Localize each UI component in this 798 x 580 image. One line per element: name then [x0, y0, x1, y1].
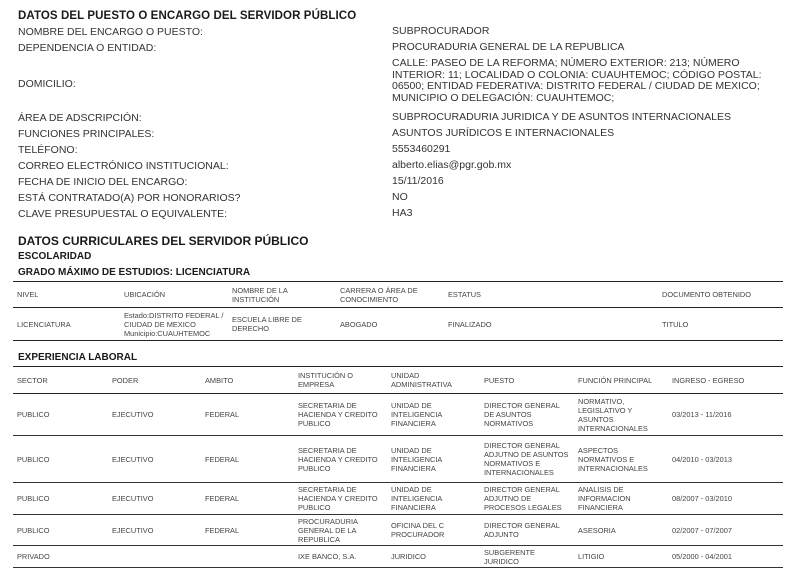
table-cell: FEDERAL	[201, 436, 294, 483]
column-header: ESTATUS	[444, 282, 658, 308]
table-cell: DIRECTOR GENERAL DE ASUNTOS NORMATIVOS	[480, 394, 574, 436]
table-cell: Estado:DISTRITO FEDERAL / CIUDAD DE MEXI…	[120, 308, 228, 341]
table-cell: PUBLICO	[13, 483, 108, 515]
field-label: ÁREA DE ADSCRIPCIÓN:	[18, 112, 142, 124]
table-cell: 05/2000 - 04/2001	[668, 546, 783, 568]
table-cell: ESCUELA LIBRE DE DERECHO	[228, 308, 336, 341]
table-cell: 03/2013 - 11/2016	[668, 394, 783, 436]
table-cell: EJECUTIVO	[108, 394, 201, 436]
field-label: DEPENDENCIA O ENTIDAD:	[18, 42, 156, 54]
experiencia-table: SECTOR PODER AMBITO INSTITUCIÓN O EMPRES…	[13, 366, 783, 568]
column-header: PUESTO	[480, 367, 574, 394]
table-cell: UNIDAD DE INTELIGENCIA FINANCIERA	[387, 436, 480, 483]
table-cell: OFICINA DEL C PROCURADOR	[387, 515, 480, 546]
field-value: PROCURADURIA GENERAL DE LA REPUBLICA	[392, 42, 782, 54]
table-cell: FEDERAL	[201, 394, 294, 436]
table-cell: LICENCIATURA	[13, 308, 120, 341]
column-header: PODER	[108, 367, 201, 394]
field-label: FUNCIONES PRINCIPALES:	[18, 128, 154, 140]
table-cell: ASESORIA	[574, 515, 668, 546]
table-cell: NORMATIVO, LEGISLATIVO Y ASUNTOS INTERNA…	[574, 394, 668, 436]
escolaridad-table: NIVEL UBICACIÓN NOMBRE DE LA INSTITUCIÓN…	[13, 281, 783, 341]
table-cell: DIRECTOR GENERAL ADJUTNO DE PROCESOS LEG…	[480, 483, 574, 515]
table-cell: UNIDAD DE INTELIGENCIA FINANCIERA	[387, 483, 480, 515]
column-header: UNIDAD ADMINISTRATIVA	[387, 367, 480, 394]
table-cell: 08/2007 - 03/2010	[668, 483, 783, 515]
escolaridad-title: ESCOLARIDAD	[18, 251, 91, 262]
column-header: UBICACIÓN	[120, 282, 228, 308]
curriculares-section-title: DATOS CURRICULARES DEL SERVIDOR PÚBLICO	[18, 234, 308, 248]
column-header: INSTITUCIÓN O EMPRESA	[294, 367, 387, 394]
table-cell: FINALIZADO	[444, 308, 658, 341]
field-value: CALLE: PASEO DE LA REFORMA; NÚMERO EXTER…	[392, 58, 782, 104]
column-header: NOMBRE DE LA INSTITUCIÓN	[228, 282, 336, 308]
field-label: CORREO ELECTRÓNICO INSTITUCIONAL:	[18, 160, 229, 172]
field-value: ASUNTOS JURÍDICOS E INTERNACIONALES	[392, 128, 782, 140]
table-cell: 04/2010 - 03/2013	[668, 436, 783, 483]
field-label: FECHA DE INICIO DEL ENCARGO:	[18, 176, 187, 188]
field-value: HA3	[392, 208, 782, 220]
column-header: NIVEL	[13, 282, 120, 308]
column-header: AMBITO	[201, 367, 294, 394]
table-cell: PUBLICO	[13, 515, 108, 546]
table-cell: UNIDAD DE INTELIGENCIA FINANCIERA	[387, 394, 480, 436]
column-header: CARRERA O ÁREA DE CONOCIMIENTO	[336, 282, 444, 308]
table-row: PRIVADO IXE BANCO, S.A. JURIDICO SUBGERE…	[13, 546, 783, 568]
table-cell: FEDERAL	[201, 483, 294, 515]
table-cell: PUBLICO	[13, 436, 108, 483]
table-cell: PRIVADO	[13, 546, 108, 568]
table-cell: SECRETARIA DE HACIENDA Y CREDITO PUBLICO	[294, 436, 387, 483]
field-value: NO	[392, 192, 782, 204]
table-cell: IXE BANCO, S.A.	[294, 546, 387, 568]
grado-maximo-title: GRADO MÁXIMO DE ESTUDIOS: LICENCIATURA	[18, 267, 250, 278]
table-cell: PUBLICO	[13, 394, 108, 436]
table-cell: SECRETARIA DE HACIENDA Y CREDITO PUBLICO	[294, 394, 387, 436]
column-header: SECTOR	[13, 367, 108, 394]
table-cell	[108, 546, 201, 568]
table-cell: EJECUTIVO	[108, 515, 201, 546]
table-cell: PROCURADURIA GENERAL DE LA REPUBLICA	[294, 515, 387, 546]
table-header-row: SECTOR PODER AMBITO INSTITUCIÓN O EMPRES…	[13, 367, 783, 394]
column-header: INGRESO - EGRESO	[668, 367, 783, 394]
table-row: PUBLICO EJECUTIVO FEDERAL SECRETARIA DE …	[13, 483, 783, 515]
field-value: 5553460291	[392, 144, 782, 156]
table-row: LICENCIATURA Estado:DISTRITO FEDERAL / C…	[13, 308, 783, 341]
table-cell: JURIDICO	[387, 546, 480, 568]
table-row: PUBLICO EJECUTIVO FEDERAL PROCURADURIA G…	[13, 515, 783, 546]
table-cell: ANALISIS DE INFORMACION FINANCIERA	[574, 483, 668, 515]
field-label: NOMBRE DEL ENCARGO O PUESTO:	[18, 26, 203, 38]
field-value: alberto.elias@pgr.gob.mx	[392, 160, 782, 172]
field-label: DOMICILIO:	[18, 78, 76, 90]
table-cell: ASPECTOS NORMATIVOS E INTERNACIONALES	[574, 436, 668, 483]
field-value: 15/11/2016	[392, 176, 782, 188]
table-cell: EJECUTIVO	[108, 436, 201, 483]
field-value: SUBPROCURADOR	[392, 26, 782, 38]
field-label: ESTÁ CONTRATADO(A) POR HONORARIOS?	[18, 192, 240, 204]
table-cell: DIRECTOR GENERAL ADJUTNO DE ASUNTOS NORM…	[480, 436, 574, 483]
table-cell: SECRETARIA DE HACIENDA Y CREDITO PUBLICO	[294, 483, 387, 515]
table-cell: FEDERAL	[201, 515, 294, 546]
table-header-row: NIVEL UBICACIÓN NOMBRE DE LA INSTITUCIÓN…	[13, 282, 783, 308]
table-cell: EJECUTIVO	[108, 483, 201, 515]
experiencia-title: EXPERIENCIA LABORAL	[18, 352, 137, 363]
table-cell: SUBGERENTE JURIDICO	[480, 546, 574, 568]
table-cell: ABOGADO	[336, 308, 444, 341]
table-cell	[201, 546, 294, 568]
column-header: DOCUMENTO OBTENIDO	[658, 282, 783, 308]
table-cell: LITIGIO	[574, 546, 668, 568]
field-label: TELÉFONO:	[18, 144, 78, 156]
table-cell: 02/2007 - 07/2007	[668, 515, 783, 546]
field-value: SUBPROCURADURIA JURIDICA Y DE ASUNTOS IN…	[392, 112, 782, 124]
table-cell: DIRECTOR GENERAL ADJUNTO	[480, 515, 574, 546]
field-label: CLAVE PRESUPUESTAL O EQUIVALENTE:	[18, 208, 227, 220]
table-row: PUBLICO EJECUTIVO FEDERAL SECRETARIA DE …	[13, 436, 783, 483]
table-row: PUBLICO EJECUTIVO FEDERAL SECRETARIA DE …	[13, 394, 783, 436]
table-cell: TITULO	[658, 308, 783, 341]
puesto-section-title: DATOS DEL PUESTO O ENCARGO DEL SERVIDOR …	[18, 10, 356, 22]
column-header: FUNCIÓN PRINCIPAL	[574, 367, 668, 394]
